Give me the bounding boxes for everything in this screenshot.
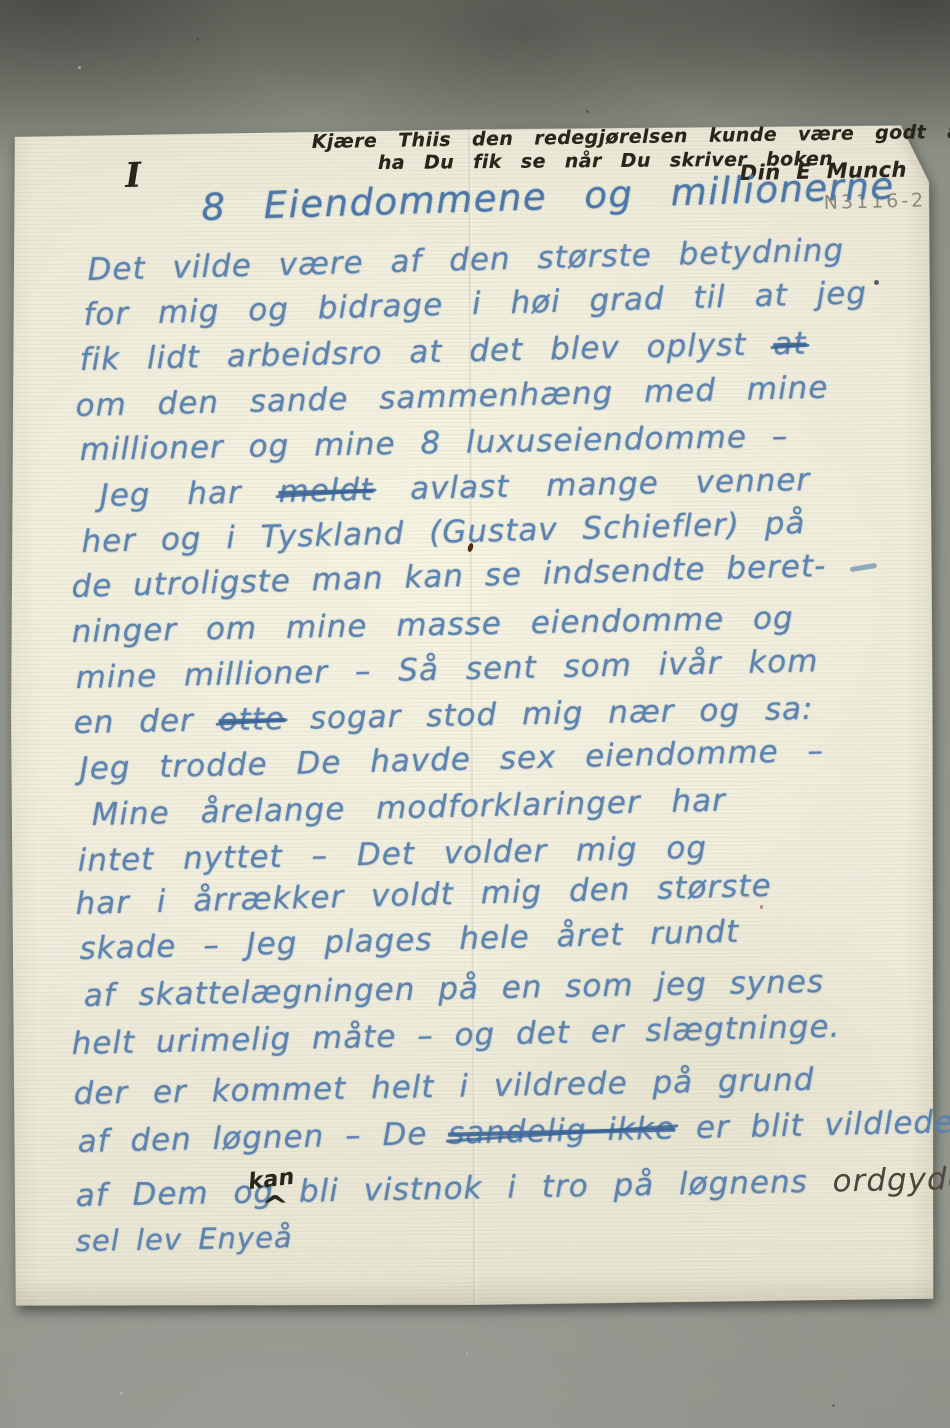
vertical-fold-crease: [467, 126, 477, 1306]
dust-speck: [586, 110, 589, 113]
photograph-background: I Kjære Thiis den redegjørelsen kunde væ…: [0, 0, 950, 1428]
paper-bottom-shade: [12, 1276, 935, 1308]
top-right-corner-fold: [890, 124, 930, 190]
letter-paper: [7, 124, 935, 1308]
dust-speck: [466, 1352, 468, 1354]
dust-speck: [78, 66, 81, 69]
dust-speck: [120, 1392, 123, 1395]
dust-speck: [832, 1404, 835, 1407]
letter-paper-wrap: [7, 124, 935, 1308]
dust-speck: [196, 38, 199, 41]
